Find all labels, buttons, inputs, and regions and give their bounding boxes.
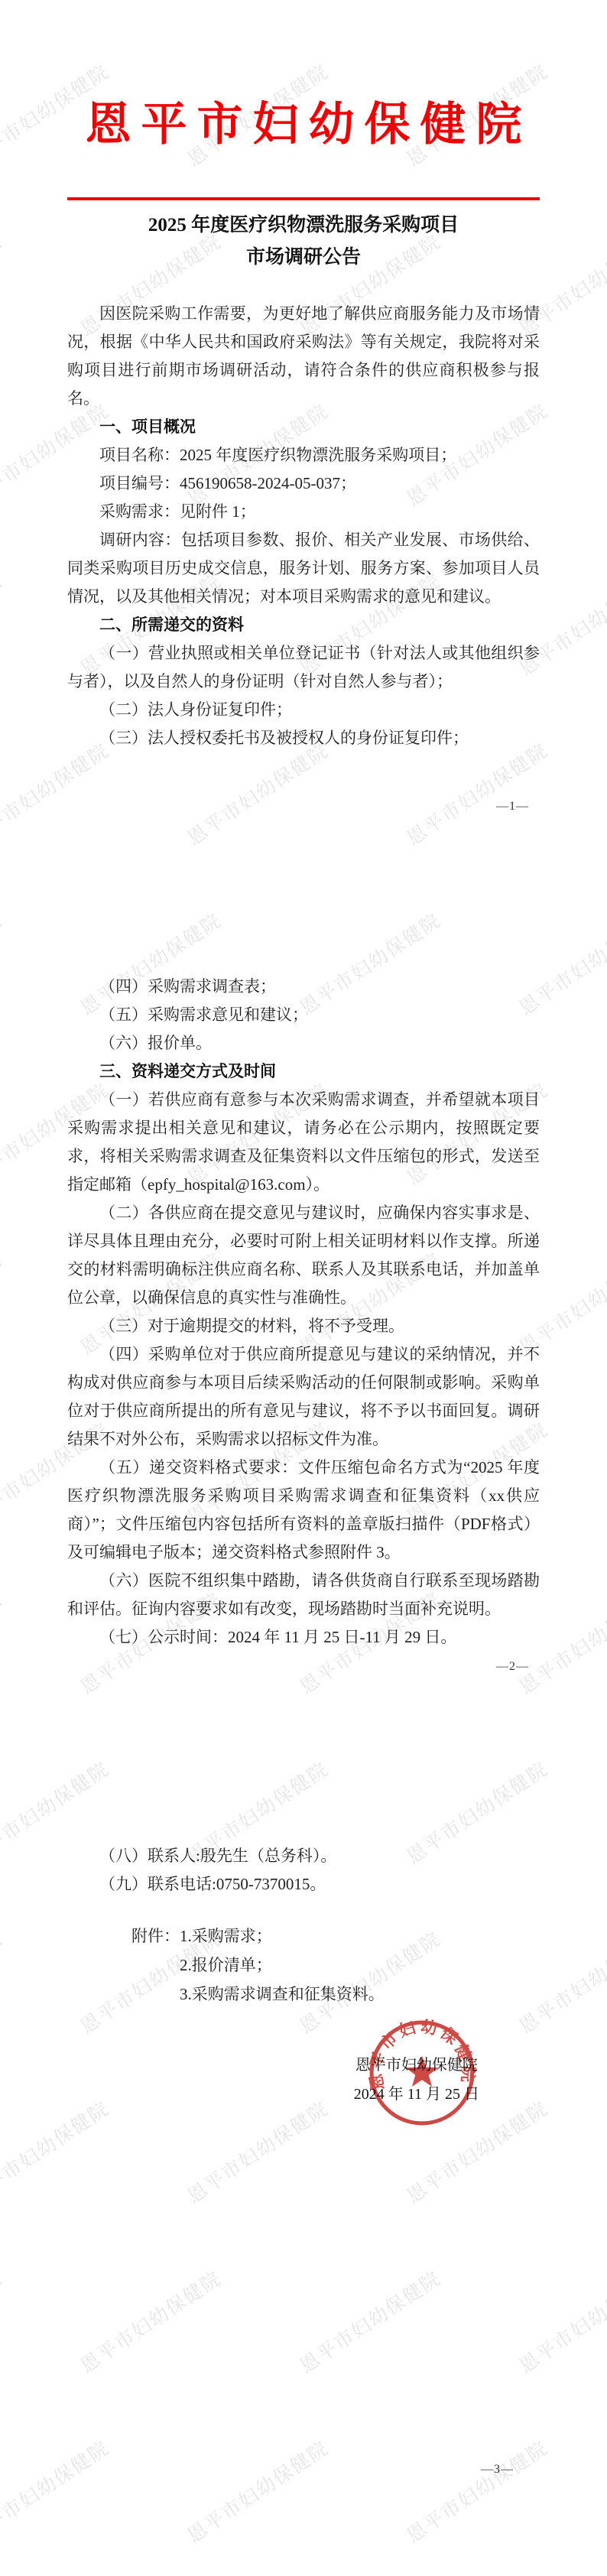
attachment-item-1: 1.采购需求； bbox=[180, 1921, 385, 1951]
document-title-line2: 市场调研公告 bbox=[0, 242, 607, 274]
seal-arc-text: 恩平市妇幼保健院 bbox=[368, 2019, 476, 2091]
document-title: 2025 年度医疗织物漂洗服务采购项目 市场调研公告 bbox=[0, 210, 607, 274]
section2-heading: 二、所需递交的资料 bbox=[67, 611, 540, 639]
material-item-5: （五）采购需求意见和建议； bbox=[67, 1001, 540, 1029]
submission-clause-2: （二）各供应商在提交意见与建议时，应确保内容实事求是、详尽具体且理由充分，必要时… bbox=[67, 1199, 540, 1312]
intro-paragraph: 因医院采购工作需要，为更好地了解供应商服务能力及市场情况，根据《中华人民共和国政… bbox=[67, 300, 540, 413]
page-number-1: —1— bbox=[496, 800, 529, 814]
material-item-4: （四）采购需求调查表； bbox=[67, 973, 540, 1001]
attachments-block: 附件： 1.采购需求； 2.报价清单； 3.采购需求调查和征集资料。 bbox=[131, 1921, 385, 2009]
material-item-3: （三）法人授权委托书及被授权人的身份证复印件； bbox=[67, 724, 540, 752]
material-item-1: （一）营业执照或相关单位登记证书（针对法人或其他组织参与者），以及自然人的身份证… bbox=[67, 639, 540, 696]
letterhead-divider-rule bbox=[67, 197, 540, 200]
submission-clause-3: （三）对于逾期提交的材料，将不予受理。 bbox=[67, 1312, 540, 1340]
attachment-item-2: 2.报价清单； bbox=[180, 1951, 385, 1980]
page1-body: 因医院采购工作需要，为更好地了解供应商服务能力及市场情况，根据《中华人民共和国政… bbox=[67, 300, 540, 752]
submission-clause-4: （四）采购单位对于供应商所提意见与建议的采纳情况，并不构成对供应商参与本项目后续… bbox=[67, 1340, 540, 1454]
research-content-line: 调研内容：包括项目参数、报价、相关产业发展、市场供给、同类采购项目历史成交信息，… bbox=[67, 526, 540, 611]
document-page-3: （八）联系人:殷先生（总务科）。 （九）联系电话:0750-7370015。 附… bbox=[0, 1717, 607, 2576]
section3-heading: 三、资料递交方式及时间 bbox=[67, 1057, 540, 1086]
attachments-label: 附件： bbox=[131, 1921, 180, 2009]
hospital-letterhead-title: 恩平市妇幼保健院 bbox=[0, 96, 607, 153]
publicity-period-clause: （七）公示时间：2024 年 11 月 25 日-11 月 29 日。 bbox=[67, 1623, 540, 1652]
section1-heading: 一、项目概况 bbox=[67, 413, 540, 441]
announcement-document: { "colors": { "header_red": "#f00000", "… bbox=[0, 0, 607, 2576]
project-name-line: 项目名称：2025 年度医疗织物漂洗服务采购项目； bbox=[67, 441, 540, 469]
attachments-list: 1.采购需求； 2.报价清单； 3.采购需求调查和征集资料。 bbox=[180, 1921, 385, 2009]
seal-arc-text-wrap: 恩平市妇幼保健院 bbox=[368, 2019, 476, 2091]
material-item-2: （二）法人身份证复印件； bbox=[67, 696, 540, 724]
submission-clause-1: （一）若供应商有意参与本次采购需求调查，并希望就本项目采购需求提出相关意见和建议… bbox=[67, 1086, 540, 1199]
project-number-line: 项目编号：456190658-2024-05-037； bbox=[67, 469, 540, 498]
procurement-demand-line: 采购需求：见附件 1； bbox=[67, 498, 540, 526]
contact-phone-line: （九）联系电话:0750-7370015。 bbox=[67, 1870, 543, 1899]
document-page-2: （四）采购需求调查表； （五）采购需求意见和建议； （六）报价单。 三、资料递交… bbox=[0, 859, 607, 1717]
submission-clause-5: （五）递交资料格式要求：文件压缩包命名方式为“2025 年度医疗织物漂洗服务采购… bbox=[67, 1454, 540, 1567]
page2-body: （四）采购需求调查表； （五）采购需求意见和建议； （六）报价单。 三、资料递交… bbox=[67, 859, 540, 1652]
contact-block: （八）联系人:殷先生（总务科）。 （九）联系电话:0750-7370015。 bbox=[67, 1842, 543, 1899]
document-title-line1: 2025 年度医疗织物漂洗服务采购项目 bbox=[0, 210, 607, 242]
attachment-item-3: 3.采购需求调查和征集资料。 bbox=[180, 1980, 385, 2009]
document-page-1: 恩平市妇幼保健院 2025 年度医疗织物漂洗服务采购项目 市场调研公告 因医院采… bbox=[0, 0, 607, 859]
official-red-seal: 恩平市妇幼保健院 bbox=[368, 2019, 476, 2127]
seal-star-icon bbox=[406, 2056, 438, 2087]
page-number-2: —2— bbox=[496, 1660, 529, 1674]
contact-person-line: （八）联系人:殷先生（总务科）。 bbox=[67, 1842, 543, 1870]
page-number-3: —3— bbox=[481, 2463, 514, 2477]
submission-clause-6: （六）医院不组织集中踏勘，请各供货商自行联系至现场踏勘和评估。征询内容要求如有改… bbox=[67, 1567, 540, 1623]
material-item-6: （六）报价单。 bbox=[67, 1029, 540, 1057]
